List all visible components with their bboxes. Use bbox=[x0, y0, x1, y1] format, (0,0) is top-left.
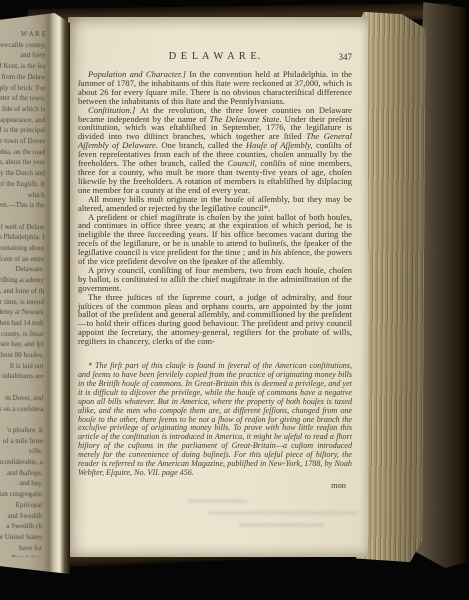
facing-page-text-fragments: W A R Eof Newcaſtle county,and fortyy of… bbox=[0, 29, 46, 557]
facing-page-partial: W A R Eof Newcaſtle county,and fortyy of… bbox=[0, 13, 70, 574]
catchword: mon bbox=[78, 481, 352, 490]
book-photo: W A R Eof Newcaſtle county,and fortyy of… bbox=[0, 0, 469, 600]
ink-bleed-through bbox=[208, 511, 358, 515]
paragraph-president: A preſident or chief magiſtrate is choſe… bbox=[78, 213, 352, 266]
running-title: D E L A W A R E. bbox=[78, 51, 352, 62]
page-number: 347 bbox=[339, 52, 353, 62]
paragraph-money-bills: All money bills muſt originate in the ho… bbox=[78, 195, 352, 213]
paragraph-privy-council: A privy council, conſiſting of four memb… bbox=[78, 266, 352, 293]
page-text-block: D E L A W A R E. 347 Population and Char… bbox=[78, 51, 352, 490]
book-page: D E L A W A R E. 347 Population and Char… bbox=[68, 17, 368, 557]
paragraph-population-and-character: Population and Character.] In the conven… bbox=[78, 70, 352, 106]
ink-bleed-through bbox=[188, 499, 248, 503]
paragraph-constitution: Conſtitution.] At the revolution, the th… bbox=[78, 106, 352, 195]
footnote: * The firſt part of this clauſe is found… bbox=[78, 362, 352, 478]
ink-bleed-through bbox=[238, 523, 324, 527]
paragraph-justices: The three juſtices of the ſupreme court,… bbox=[78, 293, 352, 346]
page-header: D E L A W A R E. 347 bbox=[78, 51, 352, 63]
